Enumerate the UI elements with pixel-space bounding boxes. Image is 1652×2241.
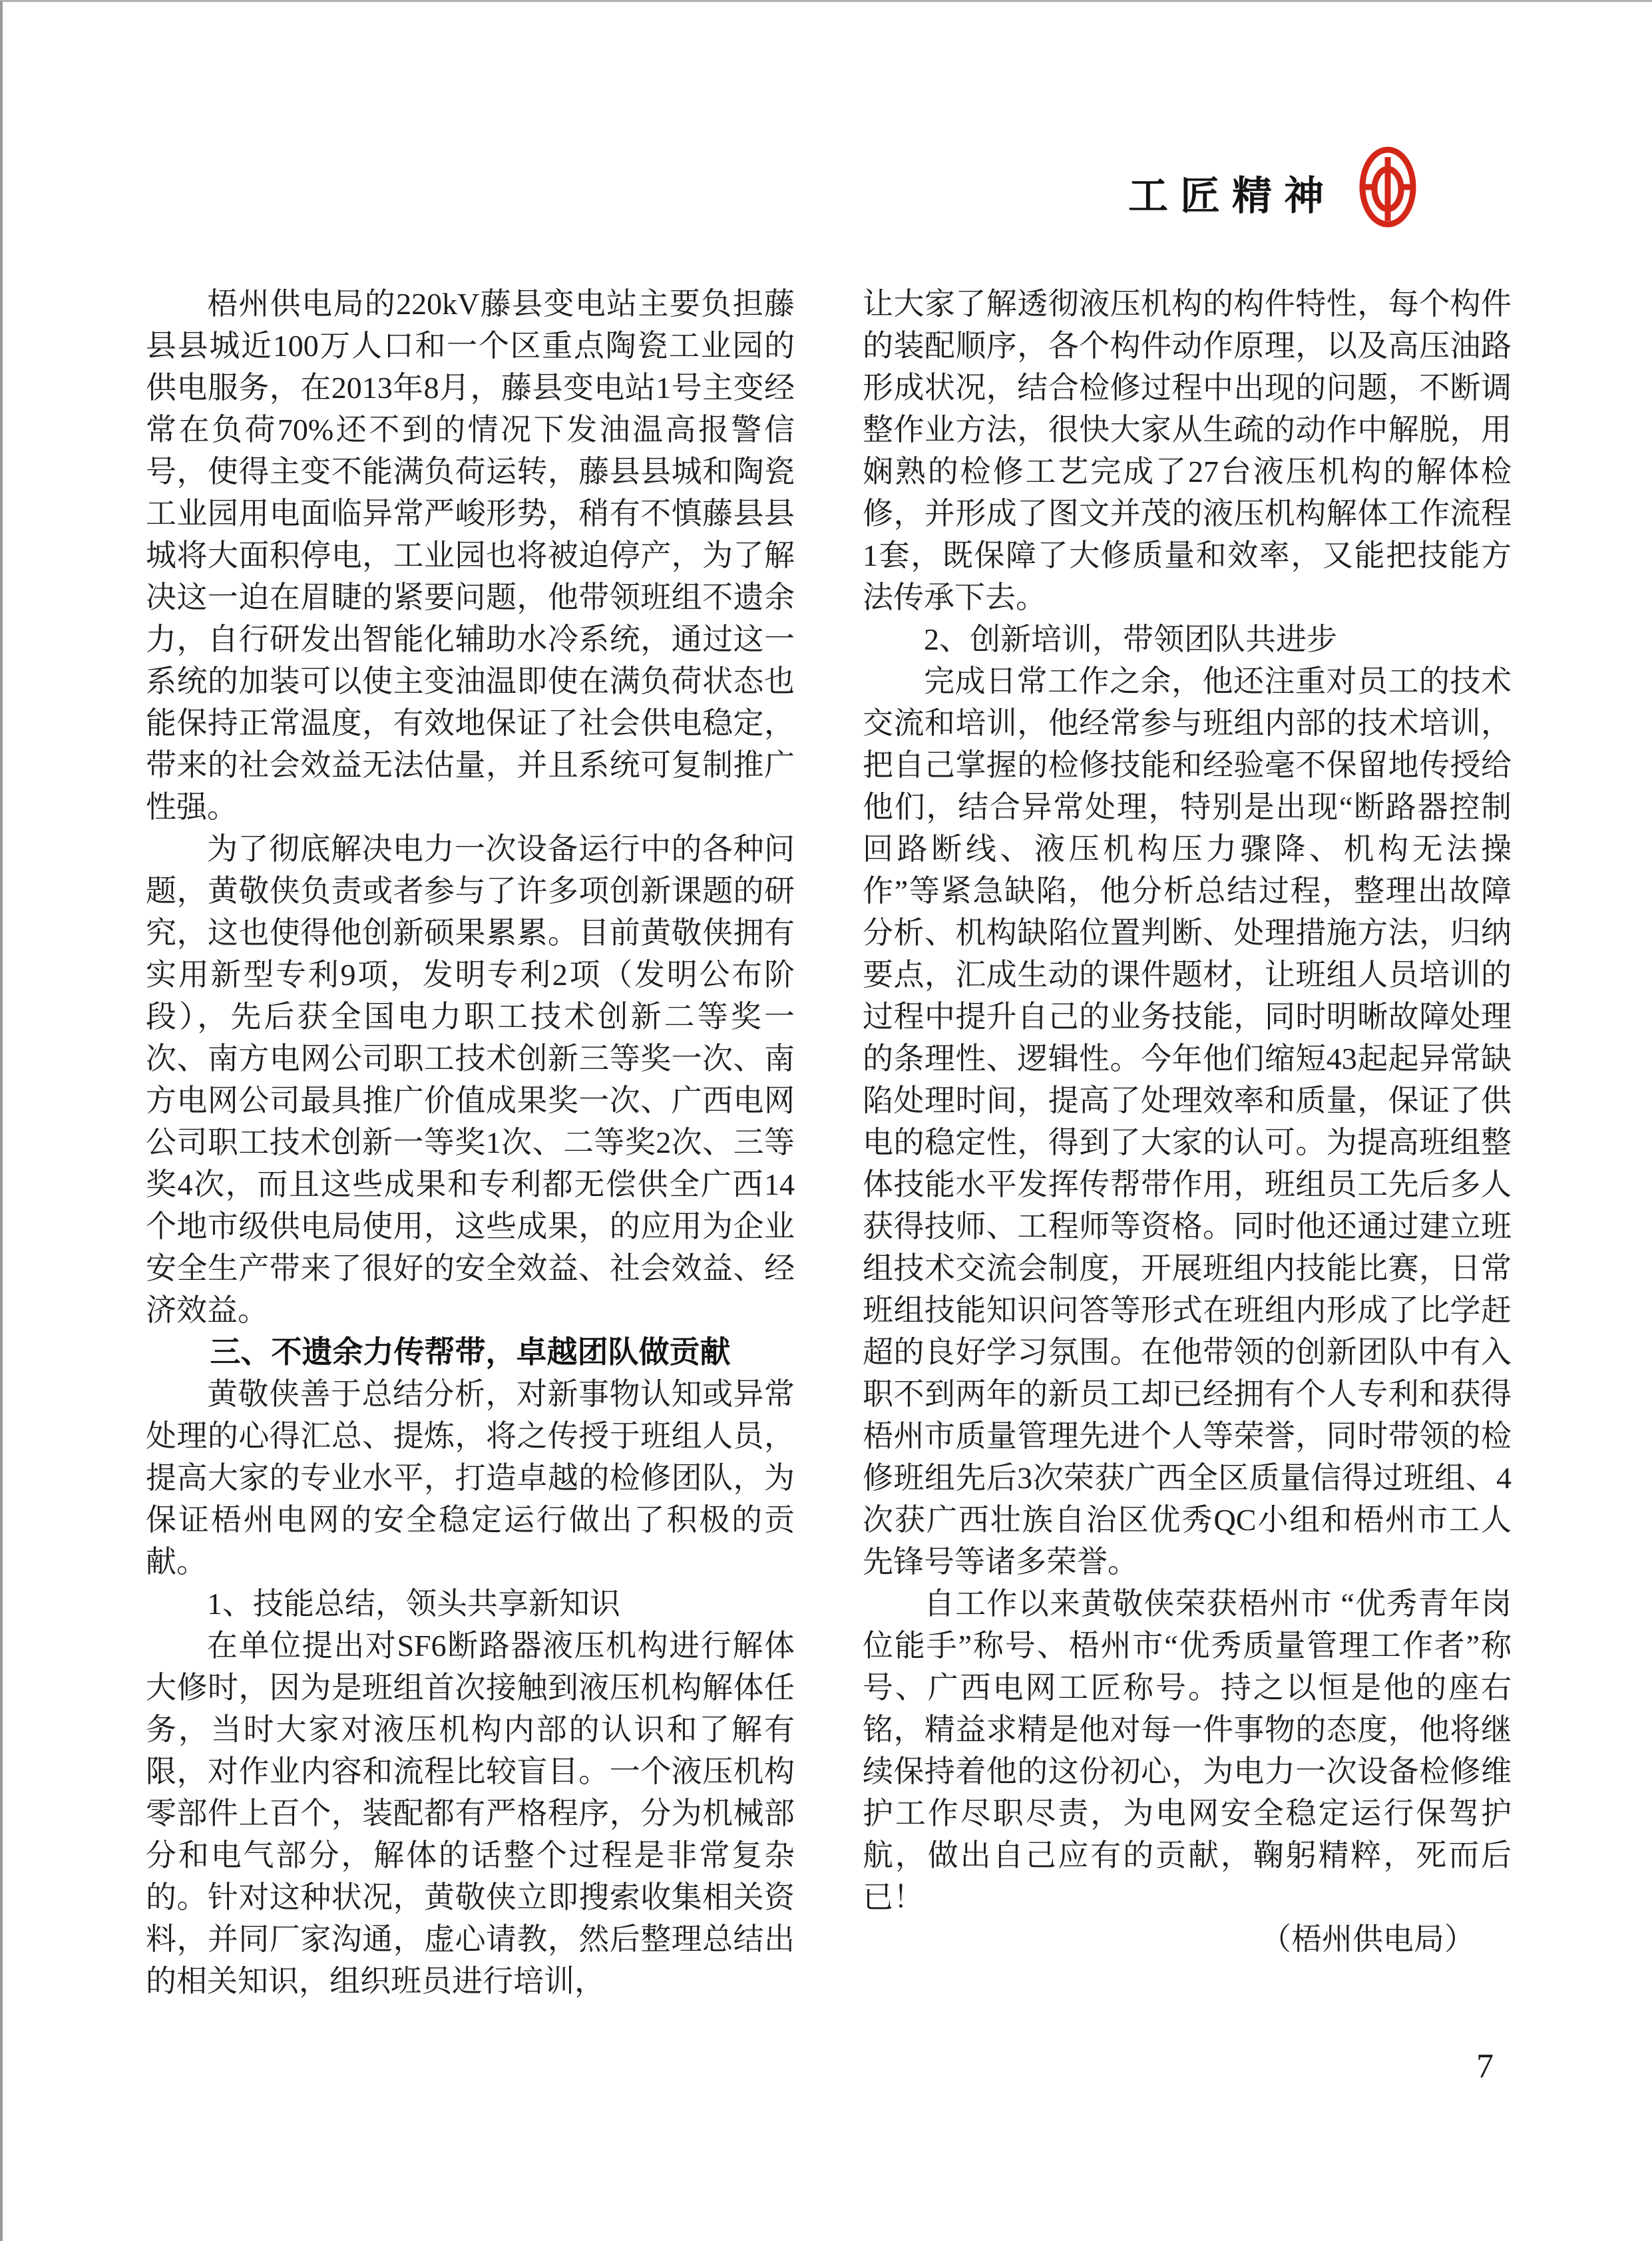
sub-heading: 1、技能总结，领头共享新知识: [146, 1583, 795, 1625]
paragraph: 完成日常工作之余，他还注重对员工的技术交流和培训，他经常参与班组内部的技术培训，…: [863, 660, 1512, 1583]
page-header-title: 工匠精神: [1128, 158, 1336, 216]
text-column-left: 梧州供电局的220kV藤县变电站主要负担藤县县城近100万人口和一个区重点陶瓷工…: [146, 283, 795, 2002]
trade-union-logo-icon: [1358, 145, 1417, 229]
document-page: 工匠精神 梧州供电局的220kV藤县变电站主要负担藤县县城近100万人口和一个区…: [0, 0, 1652, 2241]
sub-heading: 2、创新培训，带领团队共进步: [863, 618, 1512, 660]
text-column-right: 让大家了解透彻液压机构的构件特性，每个构件的装配顺序，各个构件动作原理，以及高压…: [863, 283, 1512, 1960]
paragraph: 梧州供电局的220kV藤县变电站主要负担藤县县城近100万人口和一个区重点陶瓷工…: [146, 283, 795, 828]
paragraph: 让大家了解透彻液压机构的构件特性，每个构件的装配顺序，各个构件动作原理，以及高压…: [863, 283, 1512, 618]
page-number: 7: [1476, 2047, 1494, 2086]
paragraph: 为了彻底解决电力一次设备运行中的各种问题，黄敬侠负责或者参与了许多项创新课题的研…: [146, 828, 795, 1331]
paragraph: 在单位提出对SF6断路器液压机构进行解体大修时，因为是班组首次接触到液压机构解体…: [146, 1625, 795, 2002]
paragraph: 自工作以来黄敬侠荣获梧州市 “优秀青年岗位能手”称号、梧州市“优秀质量管理工作者…: [863, 1583, 1512, 1918]
paragraph: 黄敬侠善于总结分析，对新事物认知或异常处理的心得汇总、提炼，将之传授于班组人员，…: [146, 1373, 795, 1583]
section-heading: 三、不遗余力传帮带，卓越团队做贡献: [146, 1331, 795, 1373]
attribution: （梧州供电局）: [863, 1918, 1512, 1960]
page-header: 工匠精神: [3, 145, 1417, 229]
